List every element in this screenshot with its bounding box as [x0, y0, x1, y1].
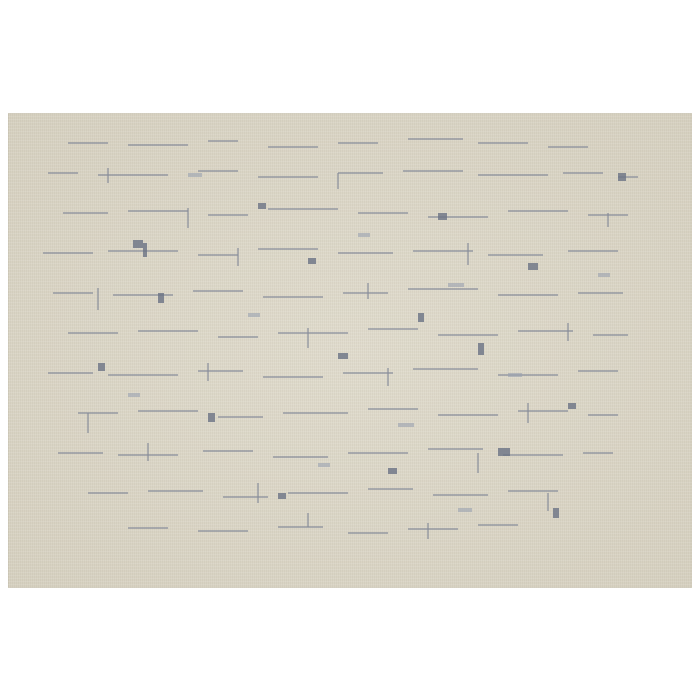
distressed-pattern: [8, 113, 692, 588]
rug-product-image: [8, 113, 692, 588]
